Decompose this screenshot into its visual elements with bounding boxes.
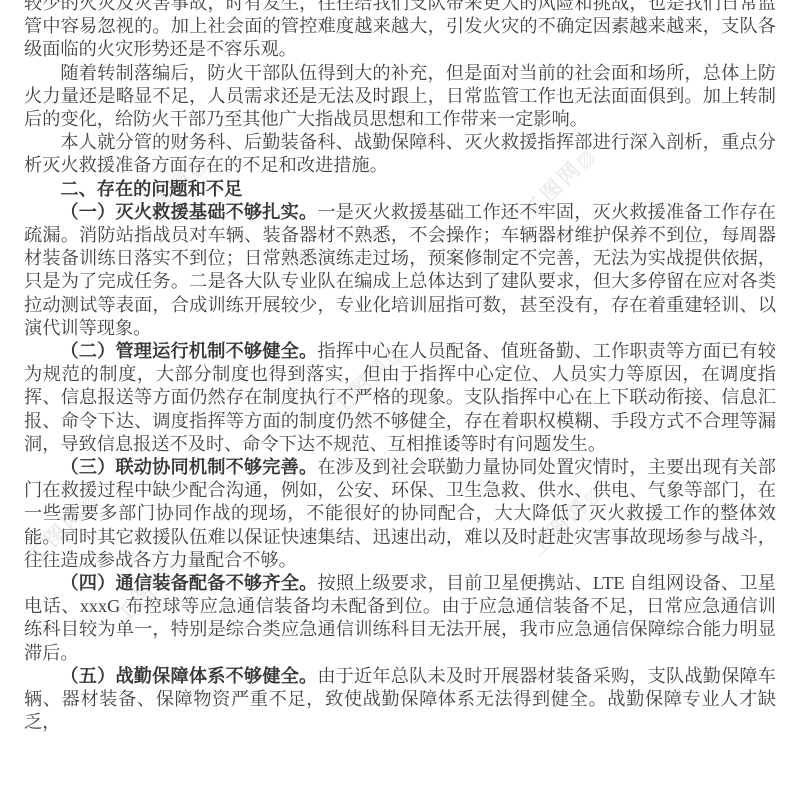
item-4-title: （四）通信装备配备不够齐全。 xyxy=(60,573,317,593)
body-paragraph-self-analysis: 本人就分管的财务科、后勤装备科、战勤保障科、灭火救援指挥部进行深入剖析，重点分析… xyxy=(24,131,776,177)
item-paragraph-4: （四）通信装备配备不够齐全。按照上级要求，目前卫星便携站、LTE 自组网设备、卫… xyxy=(24,572,776,665)
item-paragraph-3: （三）联动协同机制不够完善。在涉及到社会联勤力量协同处置灾情时，主要出现有关部门… xyxy=(24,456,776,572)
body-paragraph-transition: 随着转制落编后，防火干部队伍得到大的补充，但是面对当前的社会面和场所，总体上防火… xyxy=(24,62,776,132)
item-2-title: （二）管理运行机制不够健全。 xyxy=(60,341,317,361)
item-1-body: 一是灭火救援基础工作还不牢固，灭火救援准备工作存在疏漏。消防站指战员对车辆、装备… xyxy=(24,202,776,338)
document-page: 较少的火灾及灾害事故，时有发生，往往给我们支队带来更大的风险和挑战，也是我们日常… xyxy=(24,0,776,735)
body-paragraph-continued: 较少的火灾及灾害事故，时有发生，往往给我们支队带来更大的风险和挑战，也是我们日常… xyxy=(24,0,776,62)
item-5-title: （五）战勤保障体系不够健全。 xyxy=(60,666,317,686)
section-heading-problems: 二、存在的问题和不足 xyxy=(24,178,776,201)
item-1-title: （一）灭火救援基础不够扎实。 xyxy=(60,202,317,222)
item-3-title: （三）联动协同机制不够完善。 xyxy=(60,457,317,477)
item-paragraph-1: （一）灭火救援基础不够扎实。一是灭火救援基础工作还不牢固，灭火救援准备工作存在疏… xyxy=(24,201,776,340)
item-paragraph-5: （五）战勤保障体系不够健全。由于近年总队未及时开展器材装备采购，支队战勤保障车辆… xyxy=(24,665,776,735)
item-paragraph-2: （二）管理运行机制不够健全。指挥中心在人员配备、值班备勤、工作职责等方面已有较为… xyxy=(24,340,776,456)
